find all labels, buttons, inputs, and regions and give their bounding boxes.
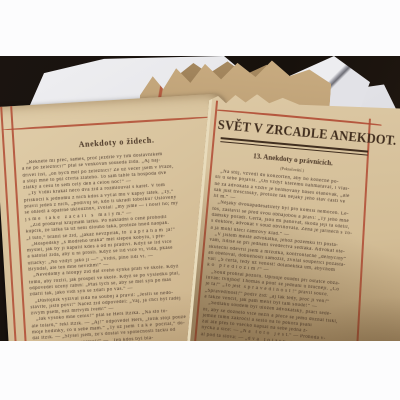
red-rule-vertical-outer xyxy=(0,107,18,341)
right-page-body-text: „Na stůj, vzvedl do konzorten, aby ho ko… xyxy=(200,169,387,341)
book-photograph: Anekdoty o židech. „Řekněte mi přec, šam… xyxy=(0,56,400,341)
right-book-page: SVĚT V ZRCADLE ANEKDOT. 13. Anekdoty o p… xyxy=(186,90,400,341)
red-rule-horizontal-top xyxy=(2,116,217,131)
left-page-heading: Anekdoty o židech. xyxy=(20,132,212,153)
screenshot-canvas: Anekdoty o židech. „Řekněte mi přec, šam… xyxy=(0,0,400,400)
